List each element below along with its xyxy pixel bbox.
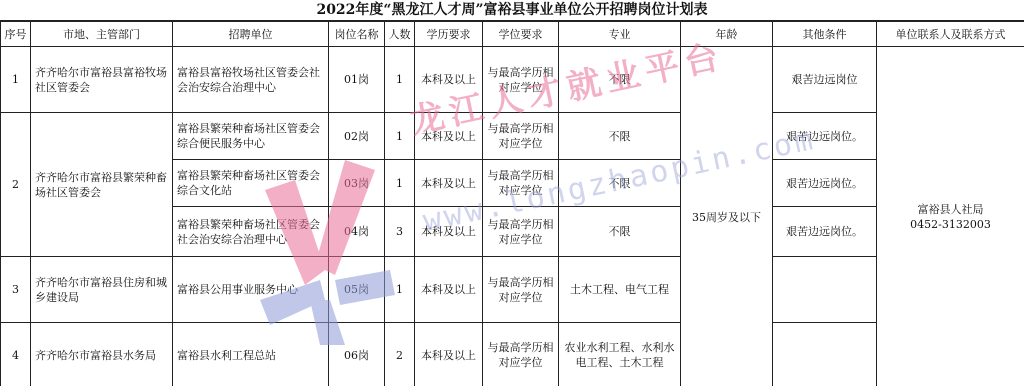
major-cell: 农业水利工程、水利水电工程、土木工程: [559, 323, 681, 386]
seq-cell: 3: [1, 257, 31, 323]
major-cell: 不限: [559, 160, 681, 207]
education-cell: 本科及以上: [415, 257, 483, 323]
contact-cell: 富裕县人社局 0452-3132003: [877, 47, 1024, 386]
seq-cell: 4: [1, 323, 31, 386]
unit-cell: 富裕县繁荣种畜场社区管委会社会治安综合治理中心: [173, 207, 329, 257]
major-cell: 不限: [559, 113, 681, 160]
other-cell: [773, 257, 877, 323]
other-cell: [773, 323, 877, 386]
count-cell: 1: [385, 160, 415, 207]
other-cell: 艰苦边远岗位: [773, 47, 877, 113]
other-cell: 艰苦边远岗位。: [773, 113, 877, 160]
degree-cell: 与最高学历相对应学位: [483, 207, 559, 257]
header-major: 专业: [559, 22, 681, 47]
header-education: 学历要求: [415, 22, 483, 47]
header-unit: 招聘单位: [173, 22, 329, 47]
seq-cell: 1: [1, 47, 31, 113]
count-cell: 2: [385, 323, 415, 386]
header-seq: 序号: [1, 22, 31, 47]
unit-cell: 富裕县公用事业服务中心: [173, 257, 329, 323]
education-cell: 本科及以上: [415, 207, 483, 257]
other-cell: 艰苦边远岗位。: [773, 160, 877, 207]
contact-phone: 0452-3132003: [880, 217, 1021, 232]
post-cell: 05岗: [329, 257, 385, 323]
major-cell: 不限: [559, 207, 681, 257]
other-cell: 艰苦边远岗位。: [773, 207, 877, 257]
header-contact: 单位联系人及联系方式: [877, 22, 1024, 47]
major-cell: 土木工程、电气工程: [559, 257, 681, 323]
header-other: 其他条件: [773, 22, 877, 47]
count-cell: 3: [385, 207, 415, 257]
table-row: 2 齐齐哈尔市富裕县繁荣种畜场社区管委会 富裕县繁荣种畜场社区管委会综合便民服务…: [1, 113, 1024, 160]
age-cell: 35周岁及以下: [681, 47, 773, 386]
degree-cell: 与最高学历相对应学位: [483, 47, 559, 113]
header-region: 市地、主管部门: [31, 22, 173, 47]
degree-cell: 与最高学历相对应学位: [483, 257, 559, 323]
unit-cell: 富裕县水利工程总站: [173, 323, 329, 386]
degree-cell: 与最高学历相对应学位: [483, 323, 559, 386]
post-cell: 01岗: [329, 47, 385, 113]
seq-cell: 2: [1, 113, 31, 257]
contact-name: 富裕县人社局: [880, 202, 1021, 217]
table-row: 1 齐齐哈尔市富裕县富裕牧场社区管委会 富裕县富裕牧场社区管委会社会治安综合治理…: [1, 47, 1024, 113]
count-cell: 1: [385, 257, 415, 323]
education-cell: 本科及以上: [415, 47, 483, 113]
education-cell: 本科及以上: [415, 113, 483, 160]
post-cell: 03岗: [329, 160, 385, 207]
region-cell: 齐齐哈尔市富裕县繁荣种畜场社区管委会: [31, 113, 173, 257]
region-cell: 齐齐哈尔市富裕县富裕牧场社区管委会: [31, 47, 173, 113]
unit-cell: 富裕县繁荣种畜场社区管委会综合文化站: [173, 160, 329, 207]
page-title: 2022年度“黑龙江人才周”富裕县事业单位公开招聘岗位计划表: [0, 0, 1024, 21]
recruitment-table: 序号 市地、主管部门 招聘单位 岗位名称 人数 学历要求 学位要求 专业 年龄 …: [0, 21, 1024, 386]
header-post: 岗位名称: [329, 22, 385, 47]
table-row: 3 齐齐哈尔市富裕县住房和城乡建设局 富裕县公用事业服务中心 05岗 1 本科及…: [1, 257, 1024, 323]
degree-cell: 与最高学历相对应学位: [483, 113, 559, 160]
header-row: 序号 市地、主管部门 招聘单位 岗位名称 人数 学历要求 学位要求 专业 年龄 …: [1, 22, 1024, 47]
education-cell: 本科及以上: [415, 160, 483, 207]
degree-cell: 与最高学历相对应学位: [483, 160, 559, 207]
count-cell: 1: [385, 113, 415, 160]
post-cell: 04岗: [329, 207, 385, 257]
table-row: 4 齐齐哈尔市富裕县水务局 富裕县水利工程总站 06岗 2 本科及以上 与最高学…: [1, 323, 1024, 386]
post-cell: 02岗: [329, 113, 385, 160]
recruitment-plan-sheet: 2022年度“黑龙江人才周”富裕县事业单位公开招聘岗位计划表 序号 市地、主管部…: [0, 0, 1024, 386]
header-count: 人数: [385, 22, 415, 47]
post-cell: 06岗: [329, 323, 385, 386]
unit-cell: 富裕县繁荣种畜场社区管委会综合便民服务中心: [173, 113, 329, 160]
region-cell: 齐齐哈尔市富裕县水务局: [31, 323, 173, 386]
education-cell: 本科及以上: [415, 323, 483, 386]
header-age: 年龄: [681, 22, 773, 47]
header-degree: 学位要求: [483, 22, 559, 47]
region-cell: 齐齐哈尔市富裕县住房和城乡建设局: [31, 257, 173, 323]
count-cell: 1: [385, 47, 415, 113]
unit-cell: 富裕县富裕牧场社区管委会社会治安综合治理中心: [173, 47, 329, 113]
major-cell: 不限: [559, 47, 681, 113]
